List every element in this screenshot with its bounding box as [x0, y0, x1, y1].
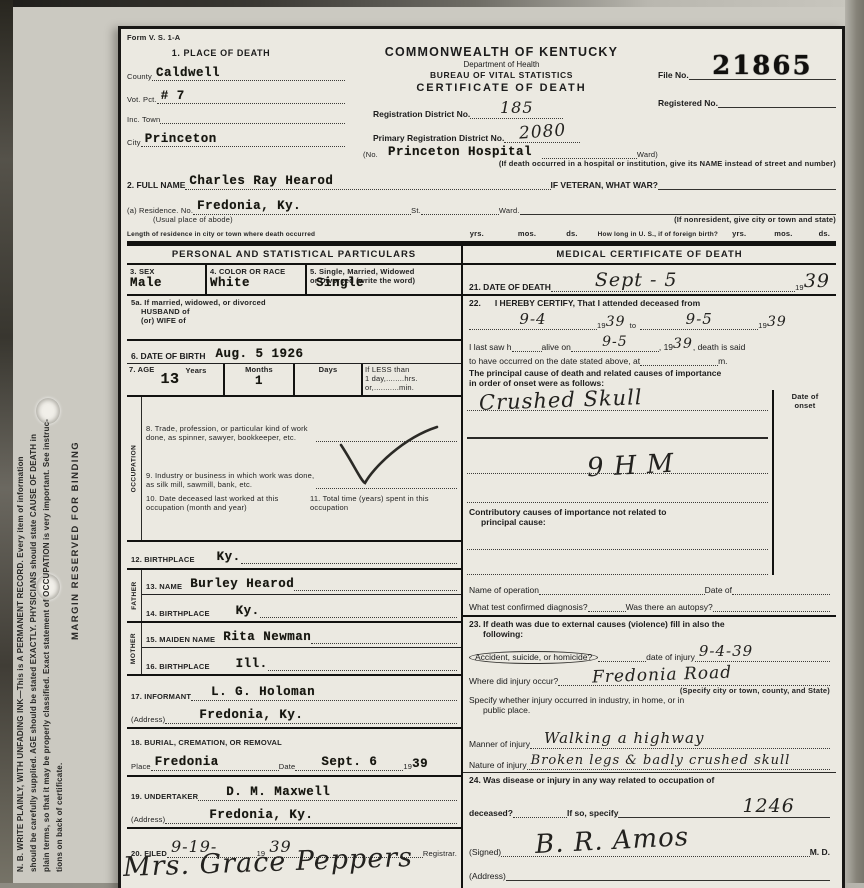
street-label: St.	[411, 206, 421, 215]
burial-label: 18. BURIAL, CREMATION, OR REMOVAL	[131, 738, 282, 747]
file-number-block: File No.21865 Registered No.	[658, 42, 836, 159]
marital-cell: 5. Single, Married, Widowed or Divorced …	[307, 265, 461, 294]
occupation-block: OCCUPATION 8. Trade, profession, or part…	[127, 397, 461, 542]
marital-label: 5. Single, Married, Widowed	[310, 267, 458, 276]
autopsy-label: Was there an autopsy?	[626, 602, 713, 612]
dob-value: Aug. 5 1926	[215, 347, 303, 361]
dob-label: 6. DATE OF BIRTH	[131, 351, 205, 361]
burial-date-value: Sept. 6	[295, 752, 403, 771]
burial-place-value: Fredonia	[151, 752, 279, 771]
residence-ward-label: Ward.	[499, 206, 520, 215]
abode-note: (Usual place of abode)	[153, 215, 233, 224]
last-worked-label: 10. Date deceased last worked at this oc…	[146, 494, 296, 512]
contributory-label: Contributory causes of importance not re…	[469, 507, 766, 517]
residence-value: Fredonia, Ky.	[193, 196, 411, 215]
margin-note-line-2: should be carefully supplied. AGE should…	[29, 34, 38, 872]
informant-label: 17. INFORMANT	[131, 692, 191, 701]
mother-birthplace-value: Ill.	[236, 657, 268, 671]
race-value: White	[210, 276, 302, 290]
manner-label: Manner of injury	[469, 739, 530, 749]
burial-place-label: Place	[131, 762, 151, 771]
occupation-question-block: 24. Was disease or injury in any way rel…	[463, 772, 836, 888]
margin-binding-note: MARGIN RESERVED FOR BINDING	[70, 340, 81, 640]
filed-date-value: 9-19-	[167, 837, 257, 858]
md-label: M. D.	[810, 847, 830, 857]
sex-cell: 3. SEX Male	[127, 265, 207, 294]
where-injury-value: Fredonia Road	[558, 665, 830, 686]
mother-name-value: Rita Newman	[223, 630, 311, 644]
undertaker-label: 19. UNDERTAKER	[131, 792, 198, 801]
principal-cause-label: The principal cause of death and related…	[469, 368, 830, 378]
operation-date-label: Date of	[705, 585, 732, 595]
date-of-death-label: 21. DATE OF DEATH	[469, 282, 551, 292]
personal-title: PERSONAL AND STATISTICAL PARTICULARS	[127, 246, 461, 263]
age-days-cell: Days	[295, 364, 363, 395]
nature-label: Nature of injury	[469, 760, 527, 770]
birthplace-label: 12. BIRTHPLACE	[131, 555, 195, 564]
age-months-value: 1	[227, 374, 291, 388]
last-saw-year: 39	[673, 336, 693, 352]
age-years-cell: 7. AGE 13 Years	[127, 364, 225, 395]
scan-edge-right	[845, 0, 864, 888]
scan-edge-top	[0, 0, 864, 7]
age-less-cell: If LESS than 1 day,........hrs. or,.....…	[363, 364, 461, 395]
county-label: County	[127, 72, 152, 81]
burial-year-value: 39	[412, 757, 428, 771]
specify-label: Specify whether injury occurred in indus…	[469, 695, 830, 705]
race-label: 4. COLOR OR RACE	[210, 267, 302, 276]
hospital-no-label: (No.	[363, 150, 378, 159]
registered-no-label: Registered No.	[658, 98, 718, 108]
inc-town-label: Inc. Town	[127, 115, 160, 124]
title-block: COMMONWEALTH OF KENTUCKY Department of H…	[345, 42, 658, 159]
certificate-title: CERTIFICATE OF DEATH	[345, 82, 658, 94]
bureau-title: BUREAU OF VITAL STATISTICS	[345, 70, 658, 80]
certify-to-value: 9-5	[640, 310, 758, 330]
father-name-value: Burley Hearod	[190, 577, 294, 591]
scanned-death-certificate: N. B. WRITE PLAINLY, WITH UNFADING INK—T…	[0, 0, 864, 888]
full-name-label: 2. FULL NAME	[127, 180, 185, 190]
informant-address-value: Fredonia, Ky.	[165, 705, 457, 724]
date-of-death-year: 39	[804, 270, 830, 292]
margin-note-line-3: plain terms, so that it may be properly …	[42, 34, 51, 872]
physician-address-label: (Address)	[469, 871, 506, 881]
mother-vertical-label: MOTHER	[127, 623, 142, 674]
certify-from-value: 9-4	[469, 310, 597, 330]
physician-signature: B. R. Amos	[501, 826, 810, 857]
filed-year-value: 39	[265, 837, 333, 858]
medical-certificate-column: MEDICAL CERTIFICATE OF DEATH 21. DATE OF…	[463, 246, 836, 888]
medical-title: MEDICAL CERTIFICATE OF DEATH	[463, 246, 836, 265]
county-value: Caldwell	[152, 66, 345, 81]
sex-label: 3. SEX	[130, 267, 202, 276]
father-name-label: 13. NAME	[146, 582, 182, 591]
undertaker-address-label: (Address)	[131, 815, 165, 824]
certify-label: I HEREBY CERTIFY, That I attended deceas…	[495, 298, 700, 308]
manner-value: Walking a highway	[530, 729, 830, 749]
veteran-value	[658, 178, 836, 190]
filed-block: 20. FILED 9-19- 19 39 Registrar. Mrs. Gr…	[127, 829, 461, 870]
residence-ward-value	[520, 203, 836, 215]
city-value: Princeton	[141, 132, 345, 147]
certify-to-year: 39	[767, 314, 787, 330]
scan-edge-left	[0, 0, 13, 888]
certificate-sheet: Form V. S. 1-A 1. PLACE OF DEATH CountyC…	[118, 26, 845, 888]
test-label: What test confirmed diagnosis?	[469, 602, 588, 612]
registrar-label: Registrar.	[423, 849, 457, 858]
veteran-label: IF VETERAN, WHAT WAR?	[551, 180, 659, 190]
where-injury-label: Where did injury occur?	[469, 676, 558, 686]
external-label: 23. If death was due to external causes …	[469, 619, 830, 629]
age-years-value: 13	[161, 371, 180, 388]
hospital-value: Princeton Hospital	[378, 145, 542, 159]
primary-district-label: Primary Registration District No.	[373, 133, 504, 143]
cause-line-2: 9 H M	[467, 439, 768, 474]
if-so-value: 1246	[618, 795, 830, 818]
occupation-vertical-label: OCCUPATION	[127, 397, 142, 540]
personal-particulars-column: PERSONAL AND STATISTICAL PARTICULARS 3. …	[127, 246, 463, 888]
cause-line-1: Crushed Skull	[467, 390, 768, 411]
file-no-label: File No.	[658, 70, 689, 80]
spouse-label: 5a. If married, widowed, or divorced	[131, 298, 457, 307]
external-causes-block: 23. If death was due to external causes …	[463, 617, 836, 772]
accident-circled-label: Accident, suicide, or homicide?	[469, 651, 598, 664]
injury-date-label: date of injury	[646, 652, 695, 662]
where-note: (Specify city or town, county, and State…	[680, 686, 830, 695]
registration-district-label: Registration District No.	[373, 109, 470, 119]
informant-value: L. G. Holoman	[191, 682, 457, 701]
spouse-block: 5a. If married, widowed, or divorced HUS…	[127, 296, 461, 341]
certificate-header: 1. PLACE OF DEATH CountyCaldwell Vot. Pc…	[127, 42, 836, 159]
sex-value: Male	[130, 276, 202, 290]
hospital-note: (If death occurred in a hospital or inst…	[247, 159, 836, 168]
trade-label: 8. Trade, profession, or particular kind…	[146, 424, 316, 442]
registration-district-value: 185	[470, 98, 563, 119]
industry-label: 9. Industry or business in which work wa…	[146, 471, 316, 489]
residence-label: (a) Residence. No.	[127, 206, 193, 215]
race-cell: 4. COLOR OR RACE White	[207, 265, 307, 294]
precinct-label: Vot. Pct.	[127, 95, 157, 104]
operation-label: Name of operation	[469, 585, 539, 595]
department-title: Department of Health	[345, 60, 658, 69]
last-saw-date: 9-5	[571, 333, 659, 352]
informant-address-label: (Address)	[131, 715, 165, 724]
father-birthplace-label: 14. BIRTHPLACE	[146, 609, 210, 618]
mother-name-label: 15. MAIDEN NAME	[146, 635, 215, 644]
how-long-us-label: How long in U. S., if of foreign birth?	[598, 231, 718, 238]
commonwealth-title: COMMONWEALTH OF KENTUCKY	[345, 45, 658, 59]
length-of-residence-label: Length of residence in city or town wher…	[127, 231, 315, 238]
primary-district-value: 2080	[504, 122, 580, 143]
injury-date-value: 9-4-39	[695, 642, 830, 662]
undertaker-address-value: Fredonia, Ky.	[165, 805, 457, 824]
city-label: City	[127, 138, 141, 147]
father-block: FATHER 13. NAME Burley Hearod 14. BIRTHP…	[127, 570, 461, 623]
age-row: 7. AGE 13 Years Months 1 Days If LESS th…	[127, 364, 461, 397]
birthplace-value: Ky.	[217, 550, 241, 564]
mother-block: MOTHER 15. MAIDEN NAME Rita Newman 16. B…	[127, 623, 461, 676]
signed-label: (Signed)	[469, 847, 501, 857]
inc-town-value	[160, 112, 345, 124]
if-so-label: If so, specify	[567, 808, 619, 818]
registered-no-value	[718, 96, 836, 108]
age-months-cell: Months 1	[225, 364, 295, 395]
date-of-onset-box: Date of onset	[772, 390, 836, 575]
filed-label: 20. FILED	[131, 849, 167, 858]
occupation-question: 24. Was disease or injury in any way rel…	[469, 775, 830, 785]
mother-birthplace-label: 16. BIRTHPLACE	[146, 662, 210, 671]
father-birthplace-value: Ky.	[236, 604, 260, 618]
margin-note-line-4: tions on back of certificate.	[55, 472, 64, 872]
burial-date-label: Date	[279, 762, 296, 771]
nature-value: Broken legs & badly crushed skull	[527, 751, 830, 770]
cause-area: Crushed Skull 9 H M Contributory causes …	[463, 390, 836, 575]
full-name-value: Charles Ray Hearod	[185, 171, 550, 190]
undertaker-value: D. M. Maxwell	[198, 782, 457, 801]
place-of-death-title: 1. PLACE OF DEATH	[127, 48, 315, 58]
file-no-value: 21865	[689, 56, 836, 80]
age-label: 7. AGE	[129, 365, 155, 374]
precinct-value: # 7	[157, 89, 345, 104]
margin-note-line-1: N. B. WRITE PLAINLY, WITH UNFADING INK—T…	[16, 34, 25, 872]
form-number: Form V. S. 1-A	[127, 33, 836, 42]
place-of-death-block: 1. PLACE OF DEATH CountyCaldwell Vot. Pc…	[127, 42, 345, 159]
nonresident-note: (If nonresident, give city or town and s…	[674, 215, 836, 224]
certify-from-year: 39	[606, 314, 626, 330]
ward-paren-label: Ward)	[637, 150, 658, 159]
certify-block: 22. I HEREBY CERTIFY, That I attended de…	[463, 296, 836, 390]
date-of-death-value: Sept - 5	[551, 269, 795, 292]
father-vertical-label: FATHER	[127, 570, 142, 621]
total-time-label: 11. Total time (years) spent in this occ…	[310, 494, 430, 512]
